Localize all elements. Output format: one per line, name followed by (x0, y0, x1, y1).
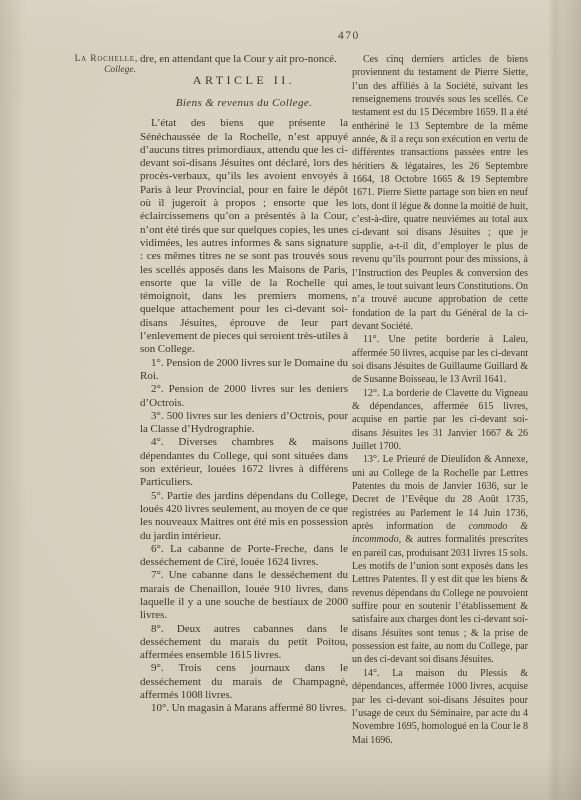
list-item-4: 4°. Diverses chambres & maisons dépendan… (140, 436, 348, 489)
page-number: 470 (338, 30, 360, 42)
article-heading: ARTICLE II. (140, 73, 348, 88)
scanned-book-page: 470 La Rochelle, College. dre, en attend… (0, 0, 581, 800)
list-item-7: 7°. Une cabanne dans le desséchement du … (140, 569, 348, 622)
list-item-6: 6°. La cabanne de Porte-Freche, dans le … (140, 543, 348, 570)
list-item-9: 9°. Trois cens journaux dans le desséche… (140, 662, 348, 702)
list-item-1: 1°. Pension de 2000 livres sur le Domain… (140, 357, 348, 384)
list-item-13-text-after: , & autres formalités prescrites en pare… (352, 534, 528, 665)
page-crease-shadow (548, 0, 562, 800)
list-item-2: 2°. Pension de 2000 livres sur les denie… (140, 383, 348, 410)
testament-paragraph: Ces cinq derniers articles de biens prov… (352, 53, 528, 333)
list-item-14: 14°. La maison du Plessis & dépendances,… (352, 667, 528, 747)
margin-note-subject: College. (60, 65, 138, 76)
list-item-11: 11°. Une petite borderie à Laleu, afferm… (352, 333, 528, 386)
list-item-12: 12°. La borderie de Clavette du Vigneau … (352, 387, 528, 454)
margin-note: La Rochelle, College. (60, 54, 138, 76)
list-item-10: 10°. Un magasin à Marans affermé 80 livr… (140, 702, 348, 715)
intro-paragraph: L’état des biens que présente la Sénécha… (140, 117, 348, 356)
left-column: dre, en attendant que la Cour y ait pro-… (140, 53, 348, 716)
margin-note-place: La Rochelle, (60, 54, 138, 65)
section-heading: Biens & revenus du College. (140, 97, 348, 109)
carryover-paragraph: dre, en attendant que la Cour y ait pro-… (140, 53, 348, 66)
list-item-3: 3°. 500 livres sur les deniers d’Octrois… (140, 410, 348, 437)
list-item-8: 8°. Deux autres cabannes dans le desséch… (140, 623, 348, 663)
right-column: Ces cinq derniers articles de biens prov… (352, 53, 528, 747)
list-item-13: 13°. Le Prieuré de Dieulidon & Annexe, u… (352, 453, 528, 667)
list-item-5: 5°. Partie des jardins dépendans du Coll… (140, 490, 348, 543)
